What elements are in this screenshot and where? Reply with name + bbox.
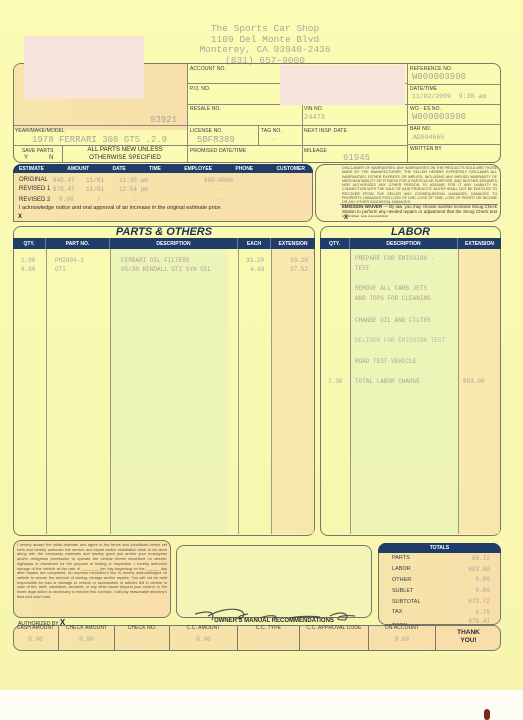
labor-header: QTY. DESCRIPTION EXTENSION <box>320 238 501 249</box>
divider <box>458 249 459 534</box>
divider <box>407 64 408 162</box>
labor-line: CHANGE OIL AND FILTER <box>355 317 431 324</box>
totals-label: SUBLET <box>392 588 413 594</box>
authorization-text: I hereby accept the initial estimate and… <box>17 543 167 610</box>
col-part-no: PART NO. <box>46 238 110 249</box>
labor-line: REMOVE ALL CARB JETS <box>355 285 427 292</box>
payment-value: 0.00 <box>170 636 237 643</box>
estimate-phone: - <box>217 186 221 193</box>
reference-no-value: W000003990 <box>412 72 466 82</box>
part-description: 05/30 KENDALL GTI SYN OIL <box>121 266 211 273</box>
estimate-acknowledge: I acknowledge notice and oral approval o… <box>19 205 222 211</box>
estimate-phone: - <box>217 196 221 203</box>
col-extension: EXTENSION <box>458 238 501 249</box>
parts-extension-area <box>272 248 314 534</box>
totals-value: 0.00 <box>476 576 490 583</box>
parts-row: 1.00 PH2804-1 FERRARI OIL FILTERS 33.20 … <box>13 257 315 266</box>
col-qty: QTY. <box>320 238 350 249</box>
totals-row-parts: PARTS69.72 <box>392 553 490 564</box>
totals-row-other: OTHER0.00 <box>392 575 490 586</box>
totals-row-tax: TAX5.75 <box>392 607 490 618</box>
divider <box>238 249 239 534</box>
payment-columns: CASH AMOUNT 0.00 CHECK AMOUNT 0.00 CHECK… <box>13 625 501 651</box>
part-each: 33.20 <box>246 257 264 264</box>
parts-description-area <box>110 248 228 534</box>
labor-line: PREPARE FOR EMISSION - <box>355 255 434 262</box>
payment-cash: CASH AMOUNT 0.00 <box>13 625 59 651</box>
payment-label: CASH AMOUNT <box>13 625 58 631</box>
col-phone: PHONE <box>235 166 253 172</box>
totals-header: TOTALS <box>378 543 501 553</box>
license-no-value: 5BFR389 <box>197 135 235 145</box>
label-resale-no: RESALE NO. <box>190 106 221 112</box>
divider <box>407 124 501 125</box>
labor-line: DELIVER FOR EMISSION TEST <box>355 337 445 344</box>
col-employee: EMPLOYEE <box>184 166 212 172</box>
labor-extension-area <box>458 248 500 534</box>
col-each: EACH <box>238 238 271 249</box>
estimate-amount: 0.00 <box>59 196 73 203</box>
payment-cc-approval: C.C. APPROVAL CODE <box>300 625 369 651</box>
label-written-by: WRITTEN BY <box>410 146 442 152</box>
labor-line: TEST <box>355 265 369 272</box>
shop-header: The Sports Car Shop 1109 Del Monte Blvd … <box>150 24 380 66</box>
divider <box>302 104 303 162</box>
bar-no-value: AD094665 <box>413 134 444 141</box>
disclaimer-text: DISCLAIMER OF WARRANTIES: ANY WARRANTIES… <box>342 166 497 204</box>
parts-row: 8.00 GTI 05/30 KENDALL GTI SYN OIL 4.69 … <box>13 266 315 275</box>
label-account-no: ACCOUNT NO. <box>190 66 226 72</box>
payment-label: CHECK AMOUNT <box>59 625 114 631</box>
payment-on-account: ON ACCOUNT 0.00 <box>369 625 436 651</box>
estimate-time: : <box>133 196 137 203</box>
divider <box>407 104 501 105</box>
redacted-account <box>280 65 405 105</box>
divider <box>187 64 188 146</box>
part-each: 4.69 <box>250 266 264 273</box>
payment-check-amount: CHECK AMOUNT 0.00 <box>59 625 115 651</box>
divider <box>110 249 111 534</box>
payment-cc-type: C.C. TYPE <box>238 625 300 651</box>
label-promised-date-time: PROMISED DATE/TIME <box>190 148 246 154</box>
estimate-label: REVISED 2 <box>19 197 50 203</box>
totals-value: 69.72 <box>472 555 490 562</box>
thank-you-line2: YOU! <box>436 637 501 645</box>
divider <box>187 145 188 162</box>
payment-label: CHECK NO. <box>115 625 169 631</box>
totals-label: LABOR <box>392 566 411 572</box>
label-vin-no: VIN NO. <box>304 106 323 112</box>
part-qty: 8.00 <box>21 266 35 273</box>
totals-row-labor: LABOR803.00 <box>392 564 490 575</box>
label-bar-no: BAR NO. <box>410 126 431 132</box>
emission-waiver: EMISSION WAIVER — By law, you may choose… <box>342 205 497 217</box>
estimate-amount: 845.47 <box>53 177 75 184</box>
estimate-amount: 878.47 <box>53 186 75 193</box>
col-estimate: ESTIMATE <box>19 166 44 172</box>
parts-notice-line2: OTHERWISE SPECIFIED <box>63 154 187 162</box>
estimate-date: 11/01 <box>86 186 104 193</box>
label-mileage: MILEAGE <box>304 148 327 154</box>
labor-qty: 7.30 <box>328 378 342 385</box>
thank-you: THANK YOU! <box>436 625 501 651</box>
label-year-make-model: YEAR/MAKE/MODEL <box>15 128 65 134</box>
divider <box>350 249 351 534</box>
payment-cc-amount: C.C. AMOUNT 0.00 <box>170 625 238 651</box>
payment-label: ON ACCOUNT <box>369 625 435 631</box>
totals-value: 0.00 <box>476 587 490 594</box>
label-save-parts: SAVE PARTS <box>22 148 54 154</box>
estimate-header: ESTIMATE AMOUNT DATE TIME EMPLOYEE PHONE… <box>13 164 313 173</box>
estimate-date: / <box>97 196 101 203</box>
parts-notice-line1: ALL PARTS NEW UNLESS <box>63 146 187 154</box>
redacted-customer-name <box>24 36 144 99</box>
part-qty: 1.00 <box>21 257 35 264</box>
label-date-time: DATE/TIME <box>410 86 437 92</box>
totals-value: 872.72 <box>468 598 490 605</box>
estimate-phone: 809-0060 <box>204 177 233 184</box>
vin-no-value: 24473 <box>304 114 325 122</box>
recommendations-title: OWNER'S MANUAL RECOMMENDATIONS <box>176 618 372 624</box>
payment-label: C.C. TYPE <box>238 625 299 631</box>
divider <box>46 249 47 534</box>
mileage-value: 61945 <box>343 153 370 163</box>
payment-label: C.C. APPROVAL CODE <box>300 625 368 631</box>
col-amount: AMOUNT <box>67 166 89 172</box>
label-tag-no: TAG NO. <box>261 128 282 134</box>
totals-label: TAX <box>392 609 402 615</box>
payment-value: 0.00 <box>369 636 435 643</box>
estimate-row-revised1: REVISED 1 878.47 11/01 12:54 pm - <box>19 186 309 196</box>
payment-check-no: CHECK NO. <box>115 625 170 651</box>
totals-label: OTHER <box>392 577 411 583</box>
label-license-no: LICENSE NO. <box>190 128 223 134</box>
scan-margin <box>0 690 523 720</box>
totals-row-sublet: SUBLET0.00 <box>392 585 490 596</box>
col-qty: QTY. <box>13 238 46 249</box>
wo-es-no-value: W000003990 <box>412 112 466 122</box>
parts-notice: ALL PARTS NEW UNLESS OTHERWISE SPECIFIED <box>63 146 187 162</box>
shop-name: The Sports Car Shop <box>150 24 380 35</box>
divider <box>407 144 501 145</box>
labor-line: AND TOPS FOR CLEANING <box>355 295 431 302</box>
labor-line: TOTAL LABOR CHARGE <box>355 378 420 385</box>
divider <box>258 125 259 145</box>
estimate-sign-x[interactable]: X <box>18 214 22 220</box>
estimate-time: 12:54 pm <box>119 186 148 193</box>
col-description: DESCRIPTION <box>350 238 458 249</box>
thank-you-line1: THANK <box>436 629 501 637</box>
label-po-no: P.O. NO. <box>190 86 210 92</box>
totals-label: PARTS <box>392 555 410 561</box>
totals-list: PARTS69.72 LABOR803.00 OTHER0.00 SUBLET0… <box>392 553 490 629</box>
label-next-insp-date: NEXT INSP. DATE <box>304 128 347 134</box>
shop-city: Monterey, CA 93940-2436 <box>150 45 380 56</box>
col-extension: EXTENSION <box>271 238 315 249</box>
totals-label: SUBTOTAL <box>392 599 421 605</box>
ink-mark <box>484 709 490 720</box>
payment-value: 0.00 <box>59 636 114 643</box>
labor-title: LABOR <box>320 226 501 238</box>
col-time: TIME <box>149 166 161 172</box>
parts-title: PARTS & OTHERS <box>13 226 315 238</box>
col-customer: CUSTOMER <box>276 166 305 172</box>
part-description: FERRARI OIL FILTERS <box>121 257 189 264</box>
labor-extension: 803.00 <box>463 378 485 385</box>
totals-value: 878.47 <box>468 618 490 625</box>
payment-value: 0.00 <box>13 636 58 643</box>
estimate-label: ORIGINAL <box>19 177 48 183</box>
estimate-label: REVISED 1 <box>19 186 50 192</box>
emission-sign-x[interactable]: X <box>344 215 348 221</box>
col-date: DATE <box>112 166 125 172</box>
date-time-value: 11/02/2009 9:38 am <box>412 93 486 100</box>
payment-label: C.C. AMOUNT <box>170 625 237 631</box>
customer-zip: 93921 <box>150 115 177 125</box>
totals-row-subtotal: SUBTOTAL872.72 <box>392 596 490 607</box>
part-number: PH2804-1 <box>55 257 84 264</box>
divider <box>14 125 407 126</box>
parts-header: QTY. PART NO. DESCRIPTION EACH EXTENSION <box>13 238 315 249</box>
divider <box>407 84 501 85</box>
estimate-date: 11/01 <box>86 177 104 184</box>
estimate-time: 11:35 am <box>119 177 148 184</box>
divider <box>271 249 272 534</box>
part-extension: 37.52 <box>290 266 308 273</box>
totals-value: 803.00 <box>468 566 490 573</box>
labor-line: ROAD TEST VEHICLE <box>355 358 416 365</box>
save-parts-no[interactable]: N <box>49 155 53 161</box>
part-number: GTI <box>55 266 66 273</box>
tag-no-value: . <box>272 135 276 143</box>
part-extension: 33.20 <box>290 257 308 264</box>
year-make-model-value: 1978 FERRARI 308 GTS .2.9 <box>32 135 167 145</box>
totals-value: 5.75 <box>476 609 490 616</box>
save-parts-yes[interactable]: Y <box>24 155 28 161</box>
col-description: DESCRIPTION <box>110 238 238 249</box>
